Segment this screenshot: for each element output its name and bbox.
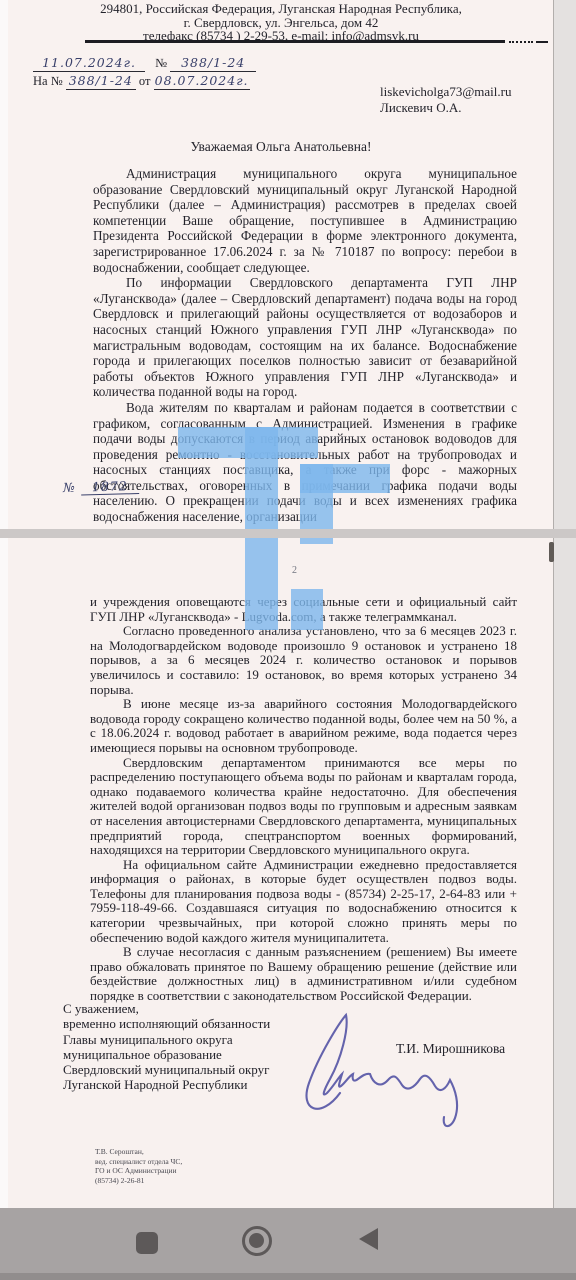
navbar-bottom-edge: [0, 1273, 576, 1280]
page-separator: [0, 529, 576, 538]
paragraph: Свердловским департаментом принимаются в…: [90, 756, 517, 858]
paragraph: Согласно проведенного анализа установлен…: [90, 624, 517, 697]
number-sign-label: №: [155, 56, 167, 70]
from-label: от: [139, 74, 151, 88]
closing-line: муниципальное образование: [63, 1047, 270, 1062]
paragraph: В случае несогласия с данным разъяснение…: [90, 945, 517, 1003]
letterhead-street-line: г. Свердловск, ул. Энгельса, дом 42: [28, 16, 534, 30]
tg-watermark-g-stem-lower: [291, 589, 323, 630]
home-icon-dot: [249, 1233, 264, 1248]
outgoing-date-handwritten: 11.07.2024г.: [42, 55, 136, 70]
home-icon[interactable]: [242, 1226, 272, 1256]
letterhead-address-line: 294801, Российская Федерация, Луганская …: [28, 2, 534, 16]
closing-line: Луганской Народной Республики: [63, 1077, 270, 1092]
executor-line: ГО и ОС Администрации: [95, 1166, 182, 1176]
paragraph: На официальном сайте Администрации ежедн…: [90, 858, 517, 946]
addressee-email: liskevicholga73@mail.ru: [380, 84, 511, 100]
phone-screen: 294801, Российская Федерация, Луганская …: [0, 0, 576, 1280]
scan-margin-strip: [554, 0, 576, 1208]
back-icon[interactable]: [359, 1228, 378, 1250]
letterhead-rule: [85, 40, 505, 43]
letterhead-rule-dash: [536, 41, 548, 43]
salutation: Уважаемая Ольга Анатольевна!: [8, 139, 554, 155]
incoming-date-handwritten: 08.07.2024г.: [155, 73, 249, 88]
closing-line: Свердловский муниципальный округ: [63, 1062, 270, 1077]
letter-page-2: 2 и учреждения оповещаются через социаль…: [8, 537, 554, 1208]
addressee-name: Лискевич О.А.: [380, 100, 511, 116]
registration-number-value: 1872: [92, 478, 128, 494]
android-navigation-bar: [0, 1208, 576, 1280]
incoming-ref-prefix: На №: [33, 74, 63, 88]
paragraph: По информации Свердловского департамента…: [93, 275, 517, 400]
executor-line: Т.В. Сероштан,: [95, 1147, 182, 1157]
executor-line: (85734) 2-26-81: [95, 1176, 182, 1186]
recents-icon[interactable]: [136, 1232, 158, 1254]
paragraph: В июне месяце из-за аварийного состояния…: [90, 697, 517, 755]
addressee-block: liskevicholga73@mail.ru Лискевич О.А.: [380, 84, 511, 116]
registration-number-handwritten: № 1872: [63, 478, 139, 496]
closing-line: С уважением,: [63, 1001, 270, 1016]
signature-ink: [283, 1007, 473, 1147]
outgoing-ref-line: 11.07.2024г. № 388/1-24: [33, 55, 256, 72]
letterhead: 294801, Российская Федерация, Луганская …: [28, 2, 534, 43]
executor-line: вед. специалист отдела ЧС,: [95, 1157, 182, 1167]
closing-line: Главы муниципального округа: [63, 1032, 270, 1047]
page2-body-text: и учреждения оповещаются через социальны…: [90, 595, 517, 1004]
incoming-number-handwritten: 388/1-24: [69, 73, 133, 88]
closing-block: С уважением, временно исполняющий обязан…: [63, 1001, 270, 1093]
page-number: 2: [292, 565, 297, 576]
executor-block: Т.В. Сероштан, вед. специалист отдела ЧС…: [95, 1147, 182, 1185]
closing-line: временно исполняющий обязанности: [63, 1016, 270, 1031]
paragraph: Администрация муниципального округа муни…: [93, 166, 517, 275]
outgoing-number-handwritten: 388/1-24: [181, 55, 245, 70]
incoming-ref-line: На № 388/1-24 от 08.07.2024г.: [33, 73, 250, 90]
registration-number-label: №: [63, 480, 76, 495]
letterhead-rule-dots: [509, 41, 533, 43]
